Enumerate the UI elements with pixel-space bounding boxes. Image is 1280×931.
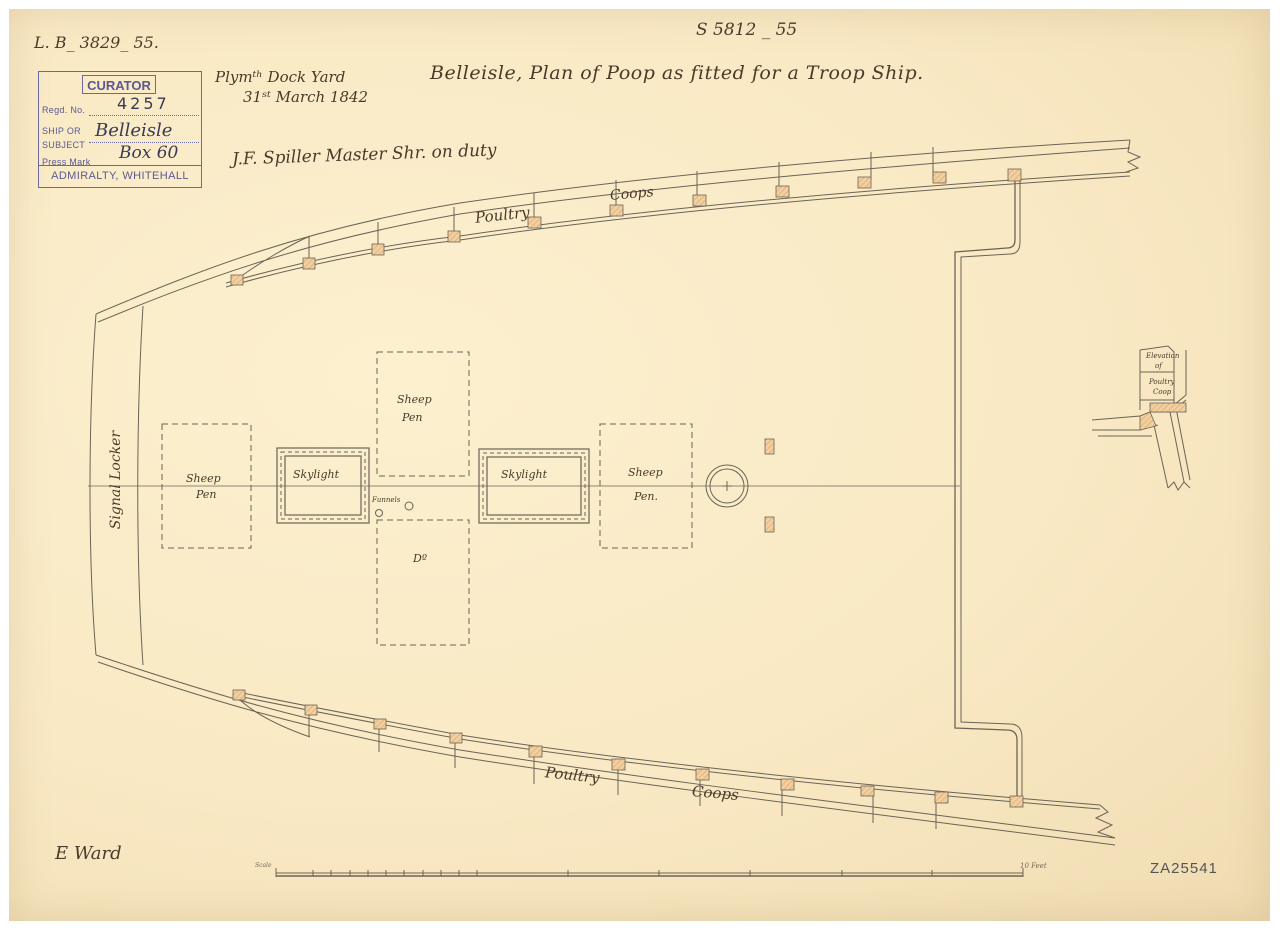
sheep-pen-3-label: Sheep xyxy=(628,466,663,479)
sheep-pen-1-sub: Pen xyxy=(196,488,217,501)
archive-number: ZA25541 xyxy=(1150,860,1218,877)
signal-locker-label: Signal Locker xyxy=(108,430,124,530)
sheep-pen-2-sub: Pen xyxy=(402,411,423,424)
bottom-signature: E Ward xyxy=(55,843,122,864)
sheep-pen-1-label: Sheep xyxy=(186,472,221,485)
elevation-label-3: Poultry xyxy=(1149,378,1175,386)
elevation-label-1: Elevation xyxy=(1146,352,1179,360)
ditto-label: Dº xyxy=(413,552,427,565)
skylight-1-label: Skylight xyxy=(293,468,339,481)
funnels-label: Funnels xyxy=(372,496,400,504)
elevation-label-4: Coop xyxy=(1153,388,1171,396)
skylight-2-label: Skylight xyxy=(501,468,547,481)
elevation-label-2: of xyxy=(1155,362,1162,370)
sheep-pen-2-label: Sheep xyxy=(397,393,432,406)
scale-left-label: Scale xyxy=(255,862,272,869)
sheep-pen-3-sub: Pen. xyxy=(634,490,658,503)
scale-right-label: 10 Feet xyxy=(1020,862,1047,870)
